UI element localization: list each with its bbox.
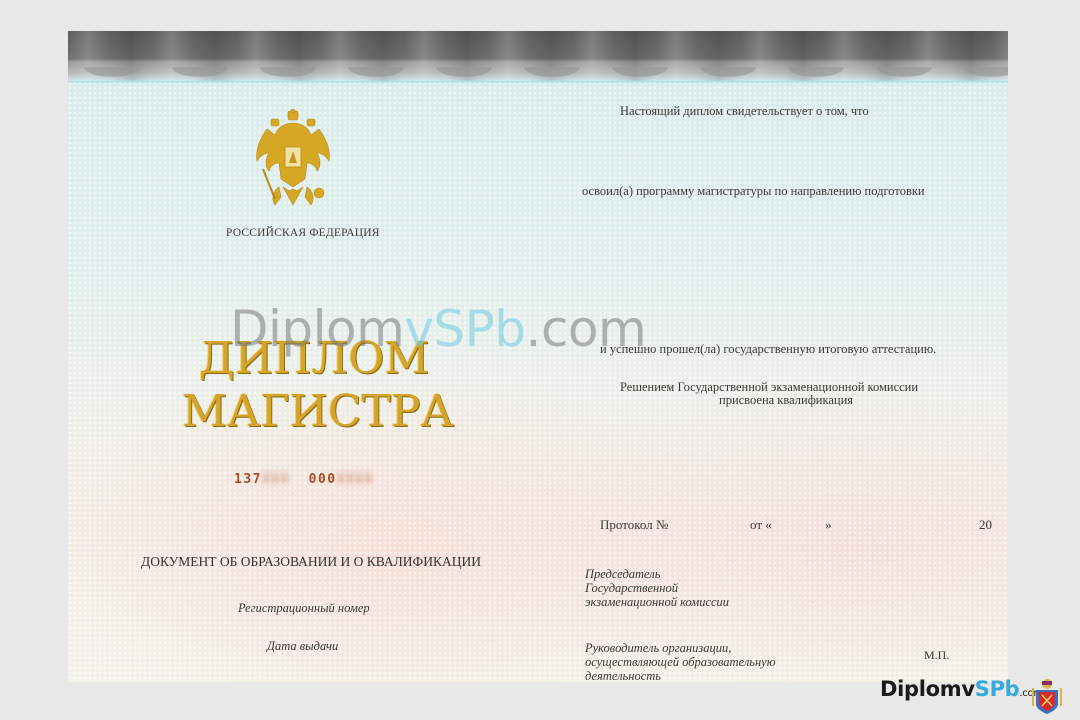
head-line: деятельность (585, 669, 776, 682)
protocol-number-label: Протокол № (600, 517, 668, 533)
serial-part2: 000 (309, 472, 337, 487)
chair-line: экзаменационной комиссии (585, 595, 729, 609)
watermark-part: Diplom (230, 300, 404, 358)
watermark: DiplomvSPb.com (230, 300, 646, 358)
organization-head-label: Руководитель организации, осуществляющей… (585, 641, 776, 682)
country-label: РОССИЙСКАЯ ФЕДЕРАЦИЯ (226, 227, 376, 239)
chair-line: Государственной (585, 581, 729, 595)
serial-part1: 137 (234, 472, 262, 487)
document-type-label: ДОКУМЕНТ ОБ ОБРАЗОВАНИИ И О КВАЛИФИКАЦИИ (141, 554, 481, 570)
watermark-part: vSPb (404, 300, 525, 358)
protocol-year-prefix: 20 (979, 517, 992, 533)
qualification-text: присвоена квалификация (719, 393, 853, 408)
diploma-title-line2: МАГИСТРА (182, 386, 454, 437)
serial-number: 137ХХХ 000ХХХХ (234, 472, 374, 487)
issue-date-label: Дата выдачи (267, 639, 338, 654)
commission-chair-label: Председатель Государственной экзаменацио… (585, 567, 729, 609)
double-headed-eagle-emblem-icon (253, 109, 333, 217)
protocol-date-open: от « (750, 517, 772, 533)
serial-part2-blurred: ХХХХ (337, 472, 374, 487)
certifies-text: Настоящий диплом свидетельствует о том, … (620, 104, 869, 119)
serial-part1-blurred: ХХХ (262, 472, 290, 487)
watermark-part: .com (526, 300, 647, 358)
protocol-date-close: » (825, 517, 832, 533)
attestation-text: и успешно прошел(ла) государственную ито… (600, 342, 936, 357)
spb-coat-of-arms-icon (1030, 678, 1064, 716)
stamp-place-label: М.П. (924, 648, 949, 663)
head-line: Руководитель организации, (585, 641, 776, 655)
head-line: осуществляющей образовательную (585, 655, 776, 669)
chair-line: Председатель (585, 567, 729, 581)
program-text: освоил(а) программу магистратуры по напр… (582, 184, 925, 199)
registration-number-label: Регистрационный номер (238, 601, 370, 616)
